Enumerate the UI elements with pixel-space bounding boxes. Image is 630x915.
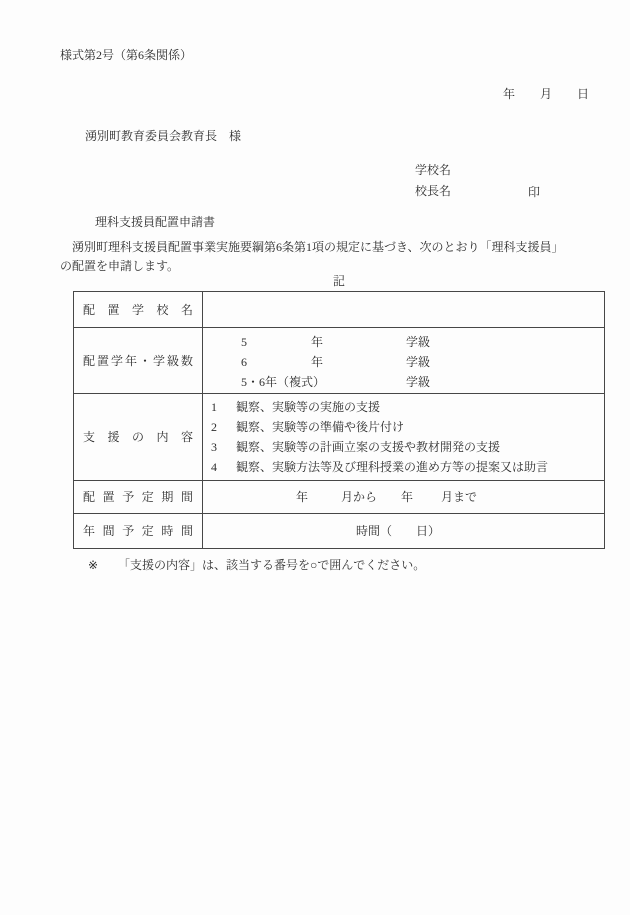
addressee-line: 湧別町教育委員会教育長 様 — [85, 130, 241, 142]
table-row-school-name: 配置学校名 — [74, 292, 604, 328]
support-item-text: 観察、実験等の計画立案の支援や教材開発の支援 — [236, 441, 500, 453]
row-label: 支援の内容 — [83, 431, 193, 443]
body-paragraph: 湧別町理科支援員配置事業実施要綱第6条第1項の規定に基づき、次のとおり「理科支援… — [60, 238, 608, 276]
row-label: 年間予定時間 — [83, 525, 193, 537]
footnote-text: 「支援の内容」は、該当する番号を○で囲んでください。 — [118, 559, 425, 571]
row-label: 配置予定期間 — [83, 491, 193, 503]
value-cell-school-name — [203, 292, 604, 327]
grade-line-6: 6 年 学級 — [203, 356, 604, 376]
support-item-number: 3 — [211, 441, 233, 453]
table-row-placement-period: 配置予定期間 年 月から 年 月まで — [74, 481, 604, 514]
period-month-from-label: 月から — [341, 491, 377, 503]
document-title: 理科支援員配置申請書 — [95, 216, 215, 228]
grade-line-5: 5 年 学級 — [203, 336, 604, 356]
form-number: 様式第2号（第6条関係） — [60, 49, 192, 61]
support-item-number: 4 — [211, 461, 233, 473]
period-year-from-label: 年 — [296, 491, 308, 503]
support-item-1: 1 観察、実験等の実施の支援 — [203, 401, 604, 421]
application-form-page: 様式第2号（第6条関係） 年 月 日 湧別町教育委員会教育長 様 学校名 校長名… — [0, 0, 630, 915]
seal-label: 印 — [528, 186, 540, 198]
grade-unit: 年 — [311, 356, 323, 368]
label-cell-support-content: 支援の内容 — [74, 394, 203, 480]
label-cell-school-name: 配置学校名 — [74, 292, 203, 327]
value-cell-grades: 5 年 学級 6 年 学級 5・6年（複式） 学級 — [203, 328, 604, 393]
school-name-label: 学校名 — [415, 164, 451, 176]
grade-number: 5・6年（複式） — [241, 376, 325, 388]
grade-number: 6 — [241, 356, 247, 368]
class-count-suffix: 学級 — [406, 376, 430, 388]
record-marker: 記 — [73, 275, 605, 287]
application-table: 配置学校名 配置学年・学級数 5 年 学級 6 年 学級 5・ — [73, 291, 605, 549]
grade-line-combined: 5・6年（複式） 学級 — [203, 376, 604, 396]
footnote-mark: ※ — [88, 559, 98, 571]
support-item-2: 2 観察、実験等の準備や後片付け — [203, 421, 604, 441]
grade-number: 5 — [241, 336, 247, 348]
value-cell-placement-period: 年 月から 年 月まで — [203, 481, 604, 513]
class-count-suffix: 学級 — [406, 336, 430, 348]
table-row-support-content: 支援の内容 1 観察、実験等の実施の支援 2 観察、実験等の準備や後片付け 3 … — [74, 394, 604, 481]
date-day-label: 日 — [577, 88, 589, 100]
row-label: 配置学年・学級数 — [83, 355, 193, 367]
body-line-1: 湧別町理科支援員配置事業実施要綱第6条第1項の規定に基づき、次のとおり「理科支援… — [60, 238, 608, 257]
support-item-number: 2 — [211, 421, 233, 433]
label-cell-placement-period: 配置予定期間 — [74, 481, 203, 513]
period-year-to-label: 年 — [401, 491, 413, 503]
date-month-label: 月 — [540, 88, 552, 100]
grade-unit: 年 — [311, 336, 323, 348]
value-cell-support-content: 1 観察、実験等の実施の支援 2 観察、実験等の準備や後片付け 3 観察、実験等… — [203, 394, 604, 480]
date-year-label: 年 — [503, 88, 515, 100]
principal-name-label: 校長名 — [415, 185, 451, 197]
value-cell-annual-hours: 時間（ 日） — [203, 514, 604, 548]
support-item-text: 観察、実験等の準備や後片付け — [236, 421, 404, 433]
support-item-text: 観察、実験方法等及び理科授業の進め方等の提案又は助言 — [236, 461, 548, 473]
support-item-4: 4 観察、実験方法等及び理科授業の進め方等の提案又は助言 — [203, 461, 604, 481]
support-item-3: 3 観察、実験等の計画立案の支援や教材開発の支援 — [203, 441, 604, 461]
table-row-grades: 配置学年・学級数 5 年 学級 6 年 学級 5・6年（複式） 学級 — [74, 328, 604, 394]
row-label: 配置学校名 — [83, 304, 193, 316]
support-item-number: 1 — [211, 401, 233, 413]
annual-hours-value: 時間（ 日） — [356, 525, 440, 537]
support-item-text: 観察、実験等の実施の支援 — [236, 401, 380, 413]
table-row-annual-hours: 年間予定時間 時間（ 日） — [74, 514, 604, 548]
label-cell-grades: 配置学年・学級数 — [74, 328, 203, 393]
label-cell-annual-hours: 年間予定時間 — [74, 514, 203, 548]
period-month-to-label: 月まで — [441, 491, 477, 503]
class-count-suffix: 学級 — [406, 356, 430, 368]
